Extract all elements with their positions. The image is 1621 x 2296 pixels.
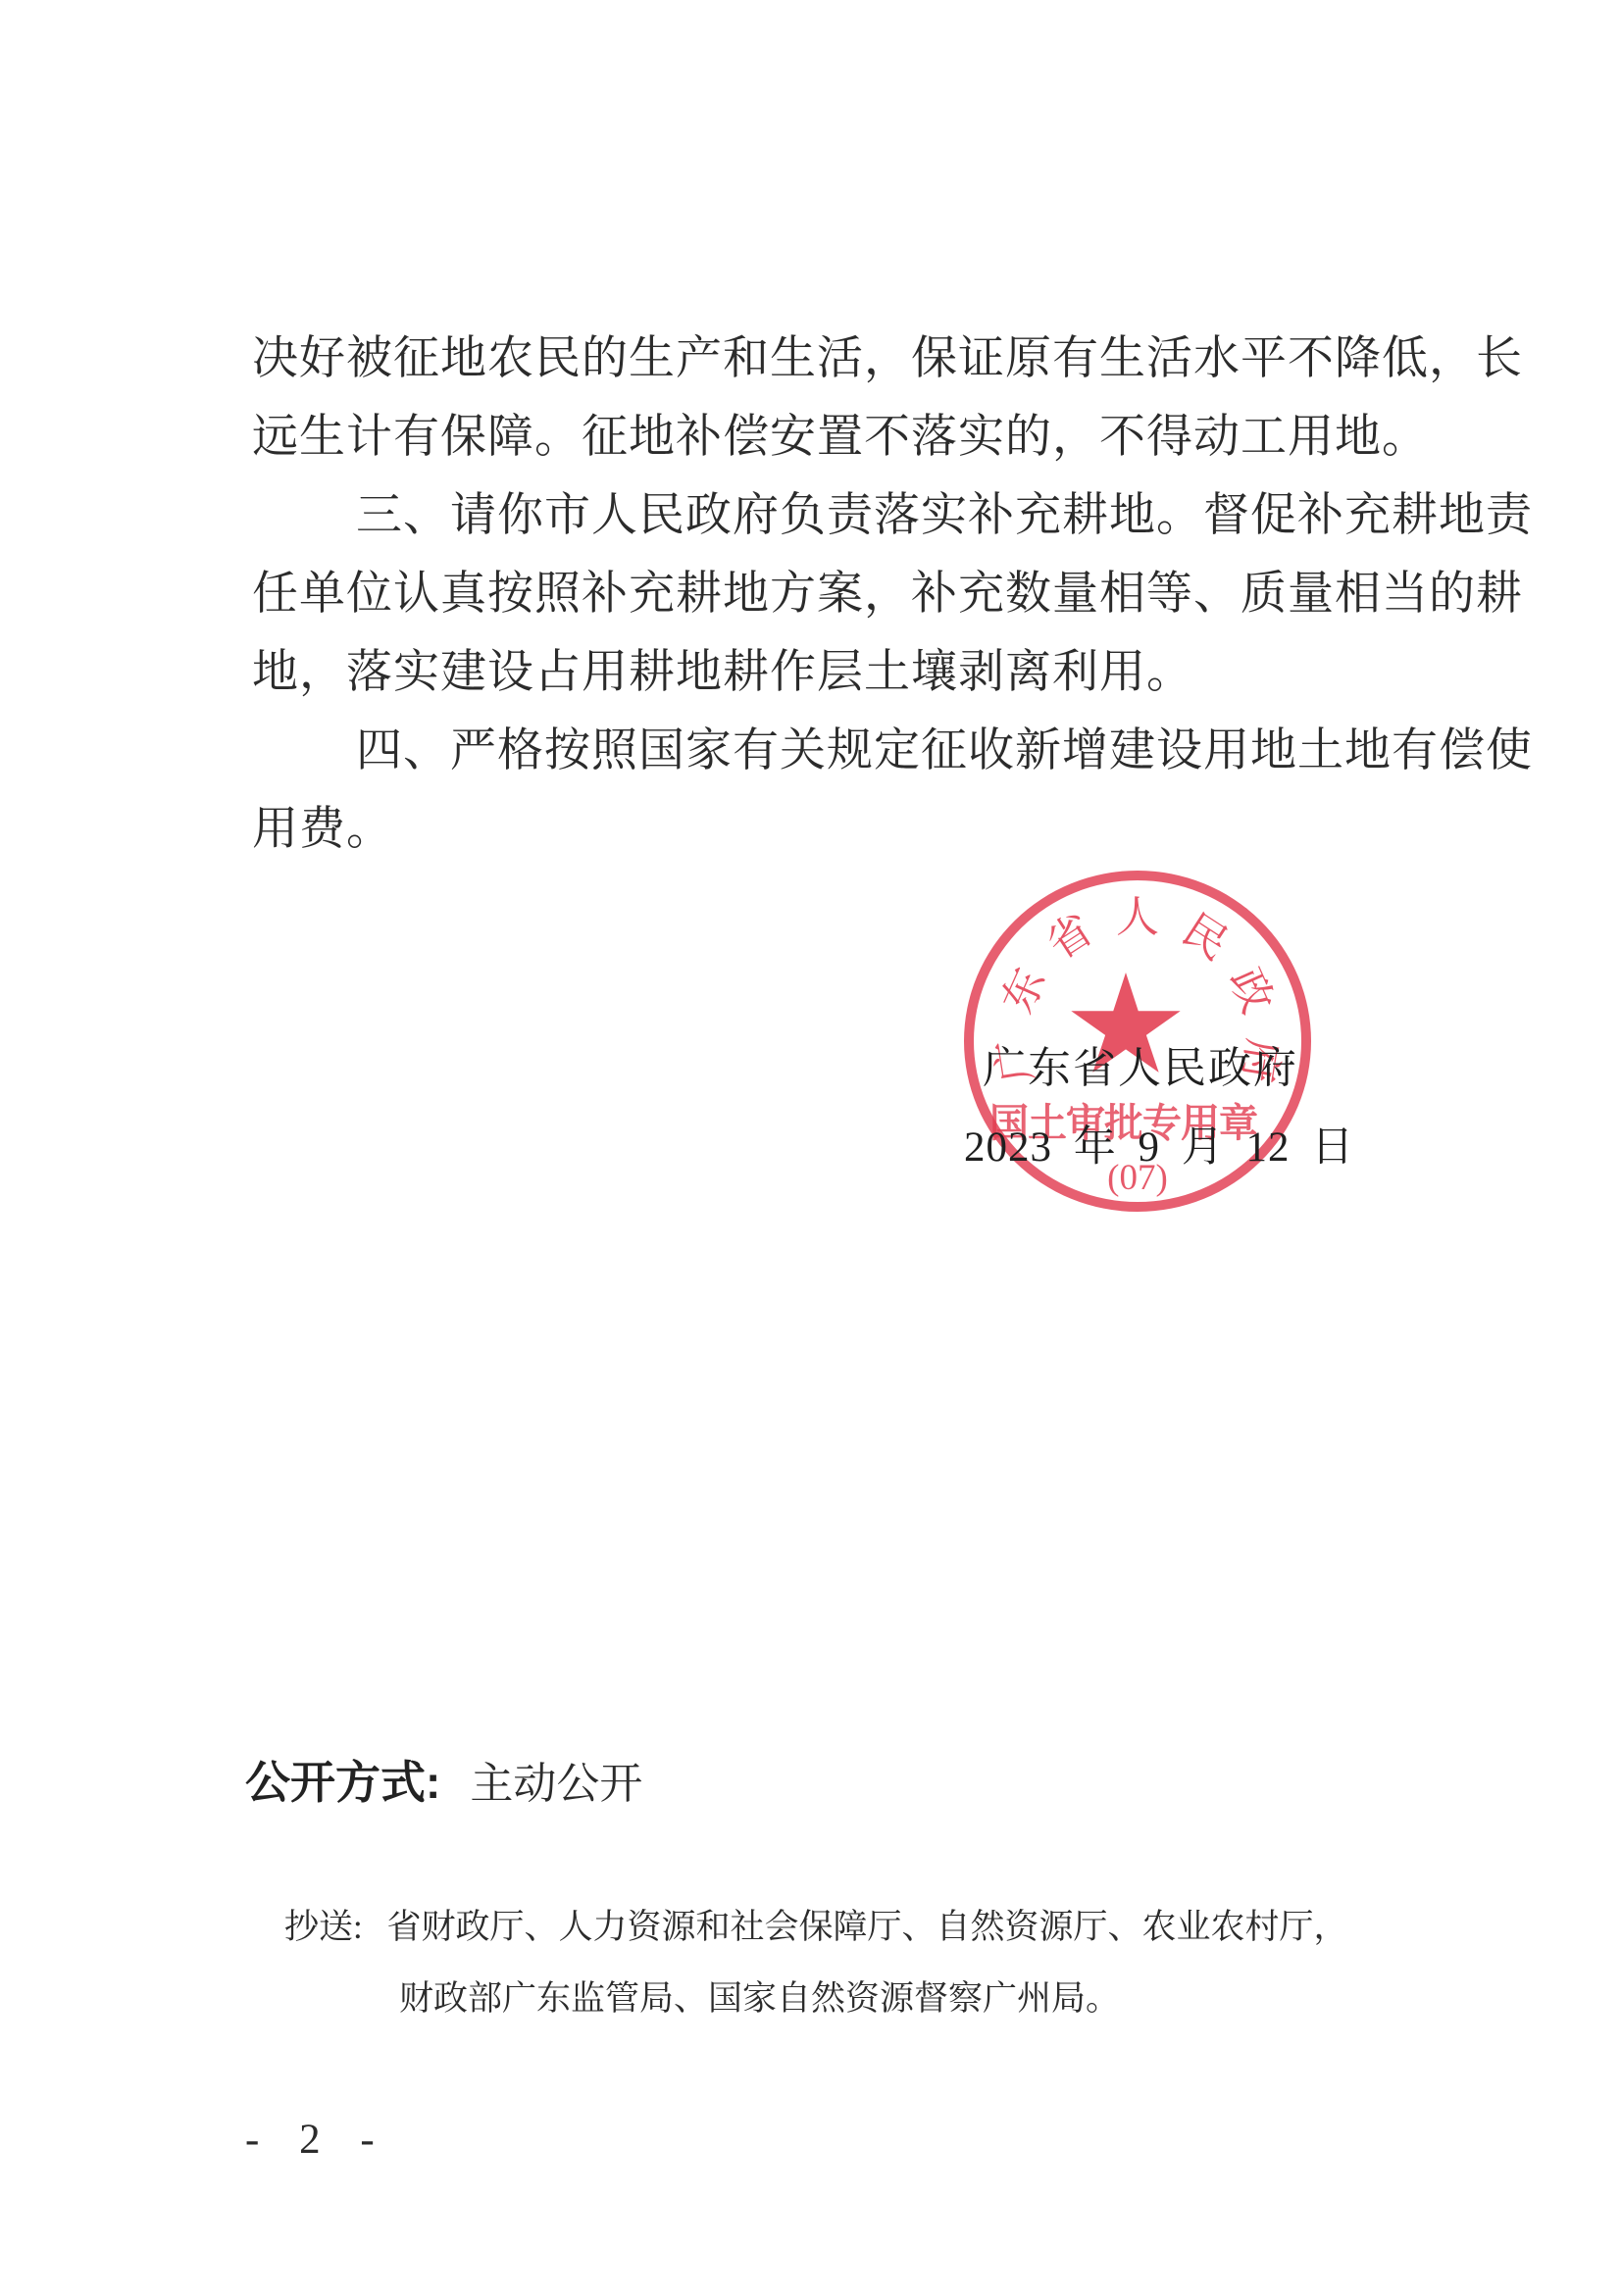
cc-text-line1: 省财政厅、人力资源和社会保障厅、自然资源厅、农业农村厅， [386, 1908, 1347, 1946]
document-page: 决好被征地农民的生产和生活，保证原有生活水平不降低，长 远生计有保障。征地补偿安… [0, 0, 1621, 2296]
seal-arc-char: 政 [1217, 957, 1292, 1022]
seal-arc-char: 东 [983, 957, 1057, 1022]
page-number: - 2 - [245, 2116, 383, 2164]
seal-arc-char: 人 [1116, 881, 1159, 944]
signature-date: 2023 年 9 月 12 日 [964, 1114, 1354, 1173]
body-line: 三、请你市人民政府负责落实补充耕地。督促补充耕地责 [252, 476, 1512, 555]
body-line: 地，落实建设占用耕地耕作层土壤剥离利用。 [252, 633, 1512, 712]
cc-label: 抄送: [284, 1908, 363, 1946]
signature-issuer: 广东省人民政府 [983, 1032, 1298, 1095]
cc-text-line2: 财政部广东监管局、国家自然资源督察广州局。 [399, 1972, 1120, 2021]
body-line: 任单位认真按照补充耕地方案，补充数量相等、质量相当的耕 [252, 555, 1512, 633]
body-line: 四、严格按照国家有关规定征收新增建设用地土地有偿使 [252, 712, 1512, 790]
seal-arc-char: 民 [1172, 895, 1242, 972]
body-line: 用费。 [252, 790, 1512, 869]
disclosure-label: 公开方式: [245, 1757, 440, 1808]
body-paragraphs: 决好被征地农民的生产和生活，保证原有生活水平不降低，长 远生计有保障。征地补偿安… [252, 320, 1512, 869]
body-line: 决好被征地农民的生产和生活，保证原有生活水平不降低，长 [252, 320, 1512, 398]
disclosure-value: 主动公开 [470, 1760, 642, 1808]
seal-arc-char: 省 [1033, 895, 1103, 972]
cc-row-1: 抄送: 省财政厅、人力资源和社会保障厅、自然资源厅、农业农村厅， [284, 1900, 1348, 1949]
body-line: 远生计有保障。征地补偿安置不落实的，不得动工用地。 [252, 398, 1512, 476]
disclosure-row: 公开方式: 主动公开 [245, 1747, 642, 1812]
